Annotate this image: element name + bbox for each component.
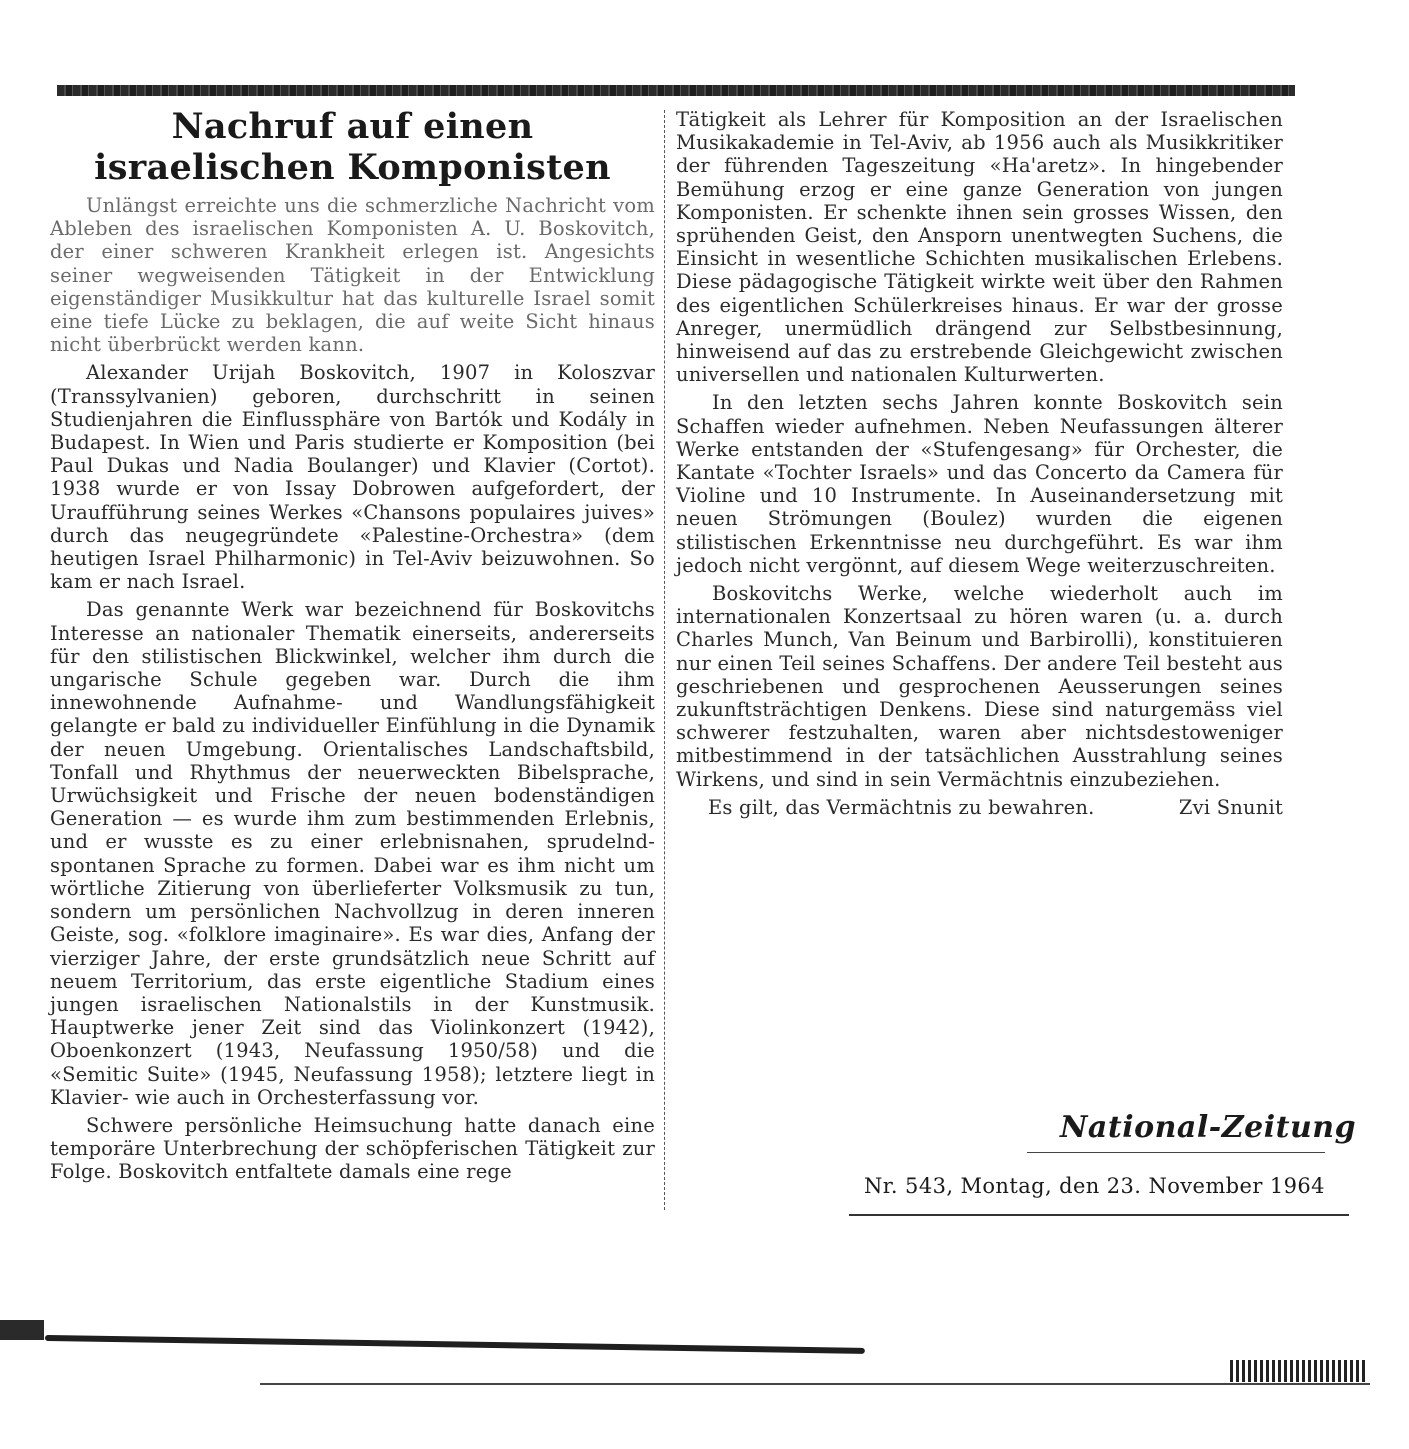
masthead-rule — [1027, 1152, 1325, 1153]
issue-line: Nr. 543, Montag, den 23. November 1964 — [864, 1174, 1325, 1198]
scan-artifact — [0, 1320, 44, 1340]
left-column: Nachruf auf einen israelischen Komponist… — [50, 104, 655, 1189]
column-divider — [664, 110, 665, 1210]
paragraph: Unlängst erreichte uns die schmerzliche … — [50, 194, 655, 356]
right-column: Tätigkeit als Lehrer für Komposition an … — [676, 108, 1283, 819]
issue-rule — [849, 1214, 1349, 1216]
paragraph: In den letzten sechs Jahren konnte Bosko… — [676, 391, 1283, 577]
paragraph: Schwere persönliche Heimsuchung hatte da… — [50, 1114, 655, 1184]
top-rule — [57, 85, 1295, 96]
paragraph: Boskovitchs Werke, welche wiederholt auc… — [676, 582, 1283, 791]
paragraph: Alexander Urijah Boskovitch, 1907 in Kol… — [50, 361, 655, 593]
closing-line: Es gilt, das Vermächtnis zu bewahren. — [708, 796, 1094, 819]
newspaper-masthead: National-Zeitung — [1060, 1110, 1356, 1145]
headline-line-2: israelischen Komponisten — [50, 147, 655, 188]
scan-artifact — [1230, 1360, 1365, 1382]
paragraph: Tätigkeit als Lehrer für Komposition an … — [676, 108, 1283, 386]
scan-artifact — [260, 1383, 1370, 1385]
scan-artifact — [45, 1335, 865, 1354]
headline: Nachruf auf einen israelischen Komponist… — [50, 106, 655, 188]
author: Zvi Snunit — [1179, 796, 1283, 819]
headline-line-1: Nachruf auf einen — [50, 106, 655, 147]
paragraph: Das genannte Werk war bezeichnend für Bo… — [50, 598, 655, 1108]
signoff: Es gilt, das Vermächtnis zu bewahren. Zv… — [676, 796, 1283, 819]
